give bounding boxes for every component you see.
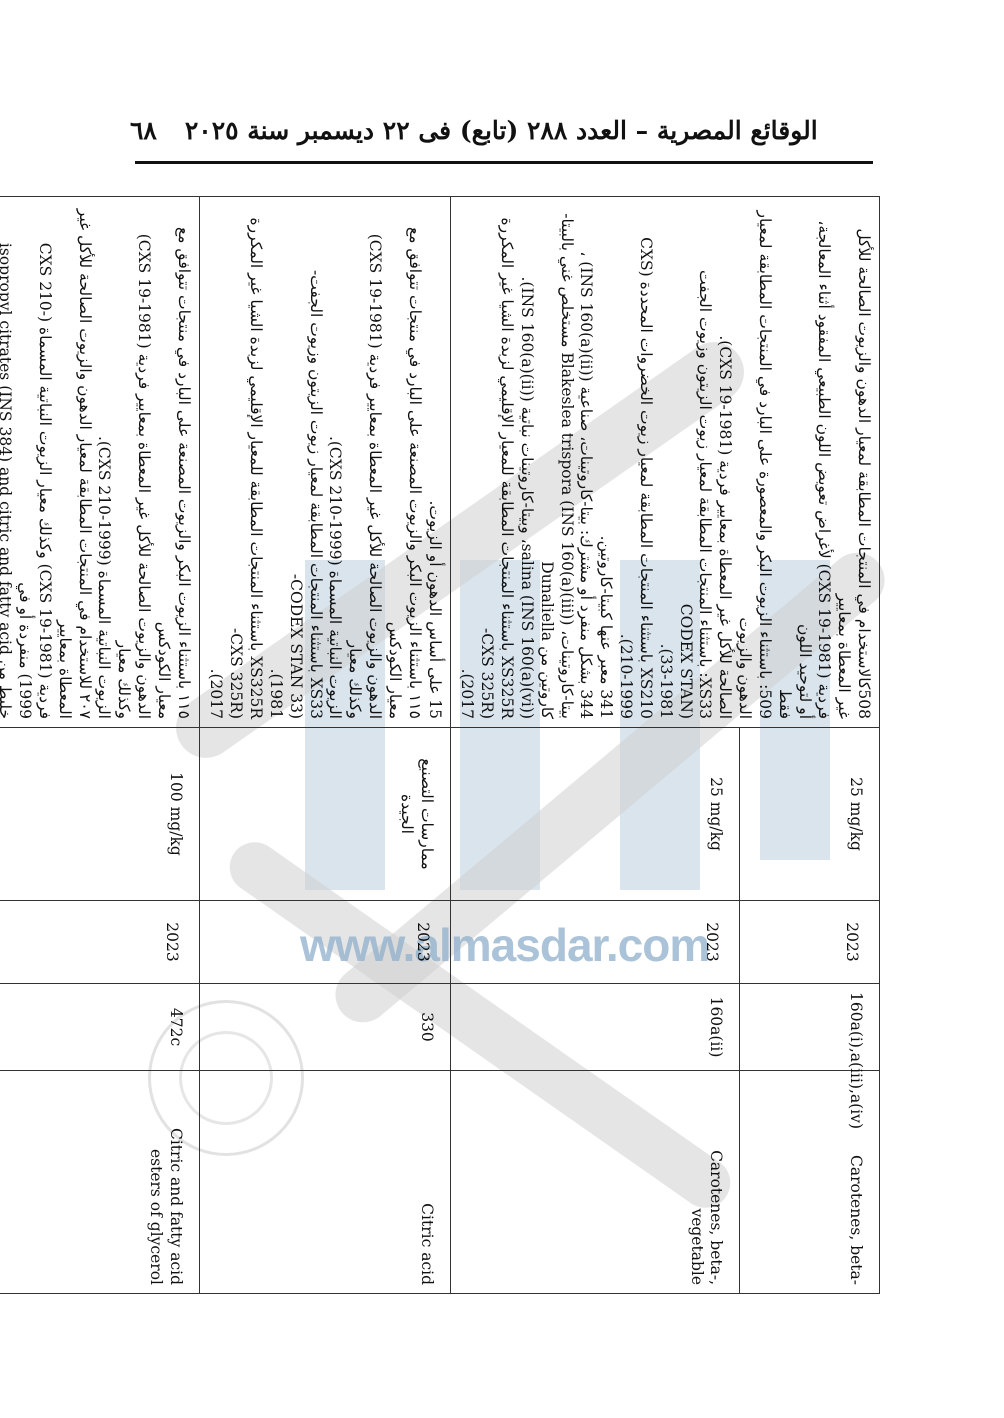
note-line: 15 على أساس الدهون أو الزيوت. — [424, 205, 444, 719]
table-row: ١١٥ باستثناء الزيوت البكر والزيوت المصنع… — [0, 197, 199, 1294]
max-level-cell: 100 mg/kg — [0, 728, 199, 901]
table-row: 508كالاستخدام في المنتجات المطابقة لمعيا… — [740, 197, 880, 1294]
note-line: XS210 باستثناء المنتجات المطابقة لمعيار … — [615, 205, 655, 719]
page-number: ٦٨ — [130, 116, 157, 145]
ins-number-cell: 330 — [199, 984, 450, 1071]
note-line: الزيوت النباتية المسماة (CXS 210-1999). — [325, 205, 345, 719]
max-level-cell: 25 mg/kg — [740, 728, 880, 901]
ins-number-cell: 160a(ii) — [450, 984, 740, 1071]
notes-cell: 15 على أساس الدهون أو الزيوت.١١٥ باستثنا… — [199, 197, 450, 728]
table-row: 15 على أساس الدهون أو الزيوت.١١٥ باستثنا… — [199, 197, 450, 1294]
note-line: salina (INS 160(a)(vi))، وبيتا-كاروتينات… — [516, 205, 536, 719]
gazette-title: الوقائع المصرية – العدد ٢٨٨ (تابع) فى ٢٢… — [185, 116, 818, 145]
note-line: XS325R باستثناء المنتجات المطابقة للمعيا… — [226, 205, 266, 719]
max-level-cell: 25 mg/kg — [450, 728, 740, 901]
year-cell: 2023 — [450, 901, 740, 984]
additive-name-cell: Citric and fatty acid esters of glycerol — [0, 1071, 199, 1294]
note-line: ١١٥ باستثناء الزيوت البكر والزيوت المصنع… — [153, 205, 193, 719]
ins-number-cell: 160a(i),a(iii),a(iv) — [740, 984, 880, 1071]
note-line: خليط من isopropyl citrates (INS 384) and… — [0, 205, 14, 719]
note-line: 508كالاستخدام في المنتجات المطابقة لمعيا… — [833, 205, 873, 719]
note-line: 509: باستثناء الزيوت البكر والمعصورة على… — [734, 205, 774, 719]
note-line: 1981). — [265, 205, 285, 719]
note-line: الزيوت النباتية المسماة (CXS 210-1999). — [94, 205, 114, 719]
note-line: XS33: باستثناء المنتجات المطابقة لمعيار … — [675, 205, 715, 719]
note-line: ٢٠٧ للاستخدام في المنتجات المطابقة لمعيا… — [54, 205, 94, 719]
note-line: فقط — [774, 205, 794, 719]
page-header: الوقائع المصرية – العدد ٢٨٨ (تابع) فى ٢٢… — [130, 110, 875, 150]
notes-cell: 508كالاستخدام في المنتجات المطابقة لمعيا… — [450, 197, 879, 728]
note-line: 341 معبر عنها كبيتا-كاروتين. — [595, 205, 615, 719]
note-line: الدهون والزيوت الصالحة للأكل غير المعطاة… — [344, 205, 384, 719]
note-line: 2017). — [206, 205, 226, 719]
note-line: 33-1981). — [655, 205, 675, 719]
note-line: 344 بشكل منفرد أو مشترك: بيتا-كاروتينات،… — [576, 205, 596, 719]
note-line: 2017). — [457, 205, 477, 719]
header-rule — [135, 161, 873, 164]
notes-cell: ١١٥ باستثناء الزيوت البكر والزيوت المصنع… — [0, 197, 199, 728]
note-line: ١١٥ باستثناء الزيوت البكر والزيوت المصنع… — [384, 205, 424, 719]
note-line: XS325R باستثناء المنتجات المطابقة للمعيا… — [476, 205, 516, 719]
note-line: الصالحة للأكل غير المعطاة بمعايير فردية … — [714, 205, 734, 719]
ins-number-cell: 472c — [0, 984, 199, 1071]
additives-table-frame: 508كالاستخدام في المنتجات المطابقة لمعيا… — [133, 196, 880, 1293]
note-line: فردية (CXS 19-1981) لأغراض تعويض اللون ا… — [794, 205, 834, 719]
note-line: فردية (CXS 19-1981) وكذلك معيار الزيوت ا… — [14, 205, 54, 719]
food-additives-table: 508كالاستخدام في المنتجات المطابقة لمعيا… — [0, 196, 880, 1294]
note-line: بيتا-كاروتينات، Blakeslea trispora (INS … — [536, 205, 576, 719]
additive-name-cell: Carotenes, beta-, vegetable — [450, 1071, 740, 1294]
year-cell: 2023 — [199, 901, 450, 984]
year-cell: 2023 — [740, 901, 880, 984]
note-line: XS33 باستثناء المنتجات المطابقة لمعيار ز… — [285, 205, 325, 719]
note-line: الدهون والزيوت الصالحة للأكل غير المعطاة… — [113, 205, 153, 719]
additive-name-cell: Citric acid — [199, 1071, 450, 1294]
year-cell: 2023 — [0, 901, 199, 984]
max-level-cell: ممارسات التصنيع الجيدة — [199, 728, 450, 901]
